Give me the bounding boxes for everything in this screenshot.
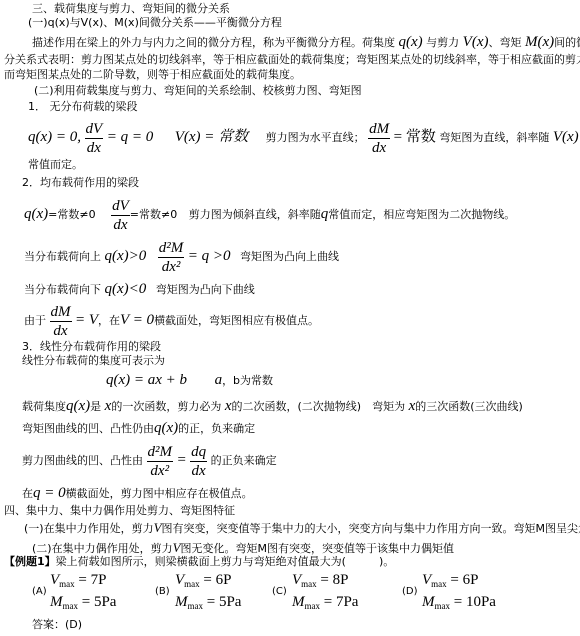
- case-3-line-1: 载荷集度q(x)是 x的一次函数，剪力必为 x的二次函数，(二次抛物线) 弯矩为…: [22, 396, 523, 416]
- section-4-item-2: (二)在集中力偶作用处，剪力V图无变化。弯矩M图有突变，突变值等于该集中力偶矩值: [32, 541, 454, 556]
- answer: 答案：(D): [32, 618, 82, 632]
- subsection-2-title: (二)利用荷载集度与剪力、弯矩间的关系绘制、校核剪力图、弯矩图: [34, 84, 362, 98]
- fraction-dm-dx: dMdx: [368, 120, 390, 157]
- math-qx: q(x): [399, 34, 423, 50]
- fraction-d2m-dx2: d²Mdx²: [147, 443, 174, 480]
- case-3-line-4: 在q = 0横截面处，剪力图中相应存在极值点。: [22, 484, 253, 502]
- section-3-title: 三、载荷集度与剪力、弯矩间的微分关系: [32, 2, 230, 16]
- case-3-intro: 线性分布载荷的集度可表示为: [22, 354, 165, 368]
- case-1-note: 常值而定。: [28, 158, 83, 172]
- case-1-title: 1． 无分布荷载的梁段: [28, 100, 138, 114]
- case-2-title: 2．均布载荷作用的梁段: [22, 176, 139, 190]
- math-vx: V(x): [463, 34, 489, 50]
- load-upward-line: 当分布载荷向上 q(x)>0 d²Mdx² = q >0 弯矩图为凸向上曲线: [24, 236, 339, 276]
- fraction-dv-dx: dVdx: [111, 197, 130, 234]
- paragraph-line-1: 描述作用在梁上的外力与内力之间的微分方程，称为平衡微分方程。荷集度 q(x) 与…: [32, 35, 580, 50]
- extremum-note: 由于 dMdx = V，在V = 0横截面处，弯矩图相应有极值点。: [24, 300, 319, 340]
- section-4-title: 四、集中力、集中力偶作用处剪力、弯矩图特征: [4, 504, 235, 518]
- case-3-title: 3．线性分布载荷作用的梁段: [22, 340, 161, 354]
- fraction-dv-dx: dVdx: [85, 120, 104, 157]
- math-mx: M(x): [525, 34, 554, 50]
- fraction-dm-dx: dMdx: [50, 303, 72, 340]
- example-question: 【例题1】梁上荷载如图所示，则梁横截面上剪力与弯矩绝对值最大为( )。: [4, 555, 394, 569]
- paragraph-line-2: 分关系式表明：剪力图某点处的切线斜率，等于相应截面处的载荷集度；弯矩图某点处的切…: [4, 53, 580, 67]
- fraction-dq-dx: dqdx: [190, 443, 207, 480]
- load-downward-line: 当分布载荷向下 q(x)<0 弯矩图为凸向下曲线: [24, 280, 255, 298]
- case-3-line-3: 剪力图曲线的凹、凸性由 d²Mdx² = dqdx 的正负来确定: [22, 440, 277, 480]
- section-4-item-1: (一)在集中力作用处，剪力V图有突变，突变值等于集中力的大小，突变方向与集中力作…: [24, 521, 580, 536]
- case-2-equations: q(x)=常数≠0 dVdx=常数≠0 剪力图为倾斜直线，斜率随q常值而定，相应…: [24, 194, 515, 234]
- case-3-line-2: 弯矩图曲线的凹、凸性仍由q(x)的正，负来确定: [22, 418, 255, 438]
- case-1-equations: q(x) = 0, dVdx = q = 0 V(x) = 常数 剪力图为水平直…: [28, 118, 579, 156]
- paragraph-line-3: 而弯矩图某点处的二阶导数，则等于相应截面处的载荷集度。: [4, 68, 301, 82]
- subsection-1-title: (一)q(x)与V(x)、M(x)间微分关系——平衡微分方程: [28, 16, 282, 30]
- linear-load-formula: q(x) = ax + b a，b为常数: [106, 370, 273, 390]
- fraction-d2m-dx2: d²Mdx²: [158, 239, 185, 276]
